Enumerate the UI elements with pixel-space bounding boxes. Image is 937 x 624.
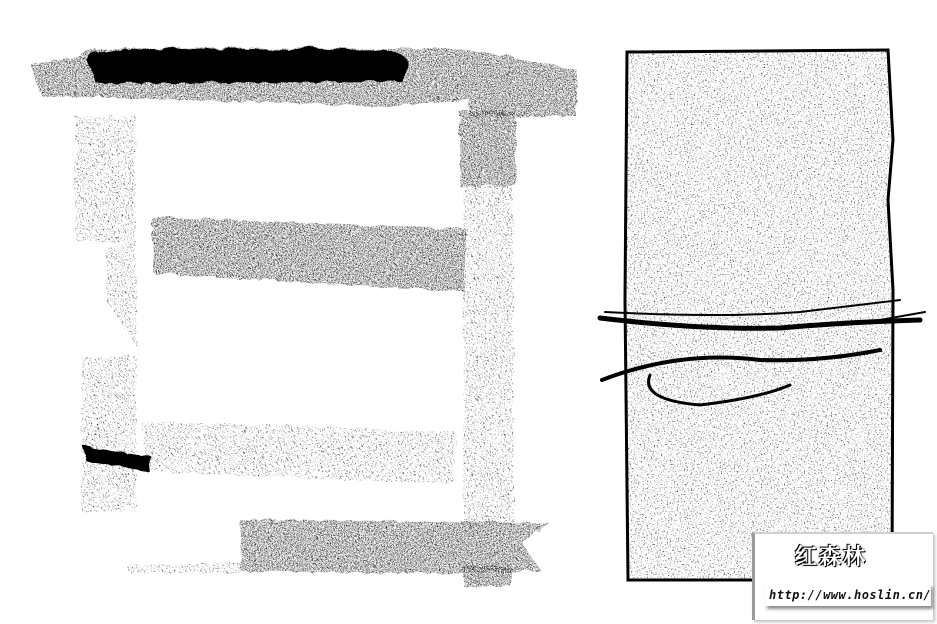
- watermark-title: 红森林: [795, 540, 867, 571]
- texture-panel: [600, 50, 925, 580]
- grunge-artwork: [0, 0, 937, 624]
- watermark-url: http://www.hoslin.cn/: [769, 588, 931, 602]
- watermark-url-box: http://www.hoslin.cn/: [765, 584, 931, 606]
- tape-frame: [28, 47, 575, 585]
- watermark: 红森林 http://www.hoslin.cn/: [752, 532, 933, 620]
